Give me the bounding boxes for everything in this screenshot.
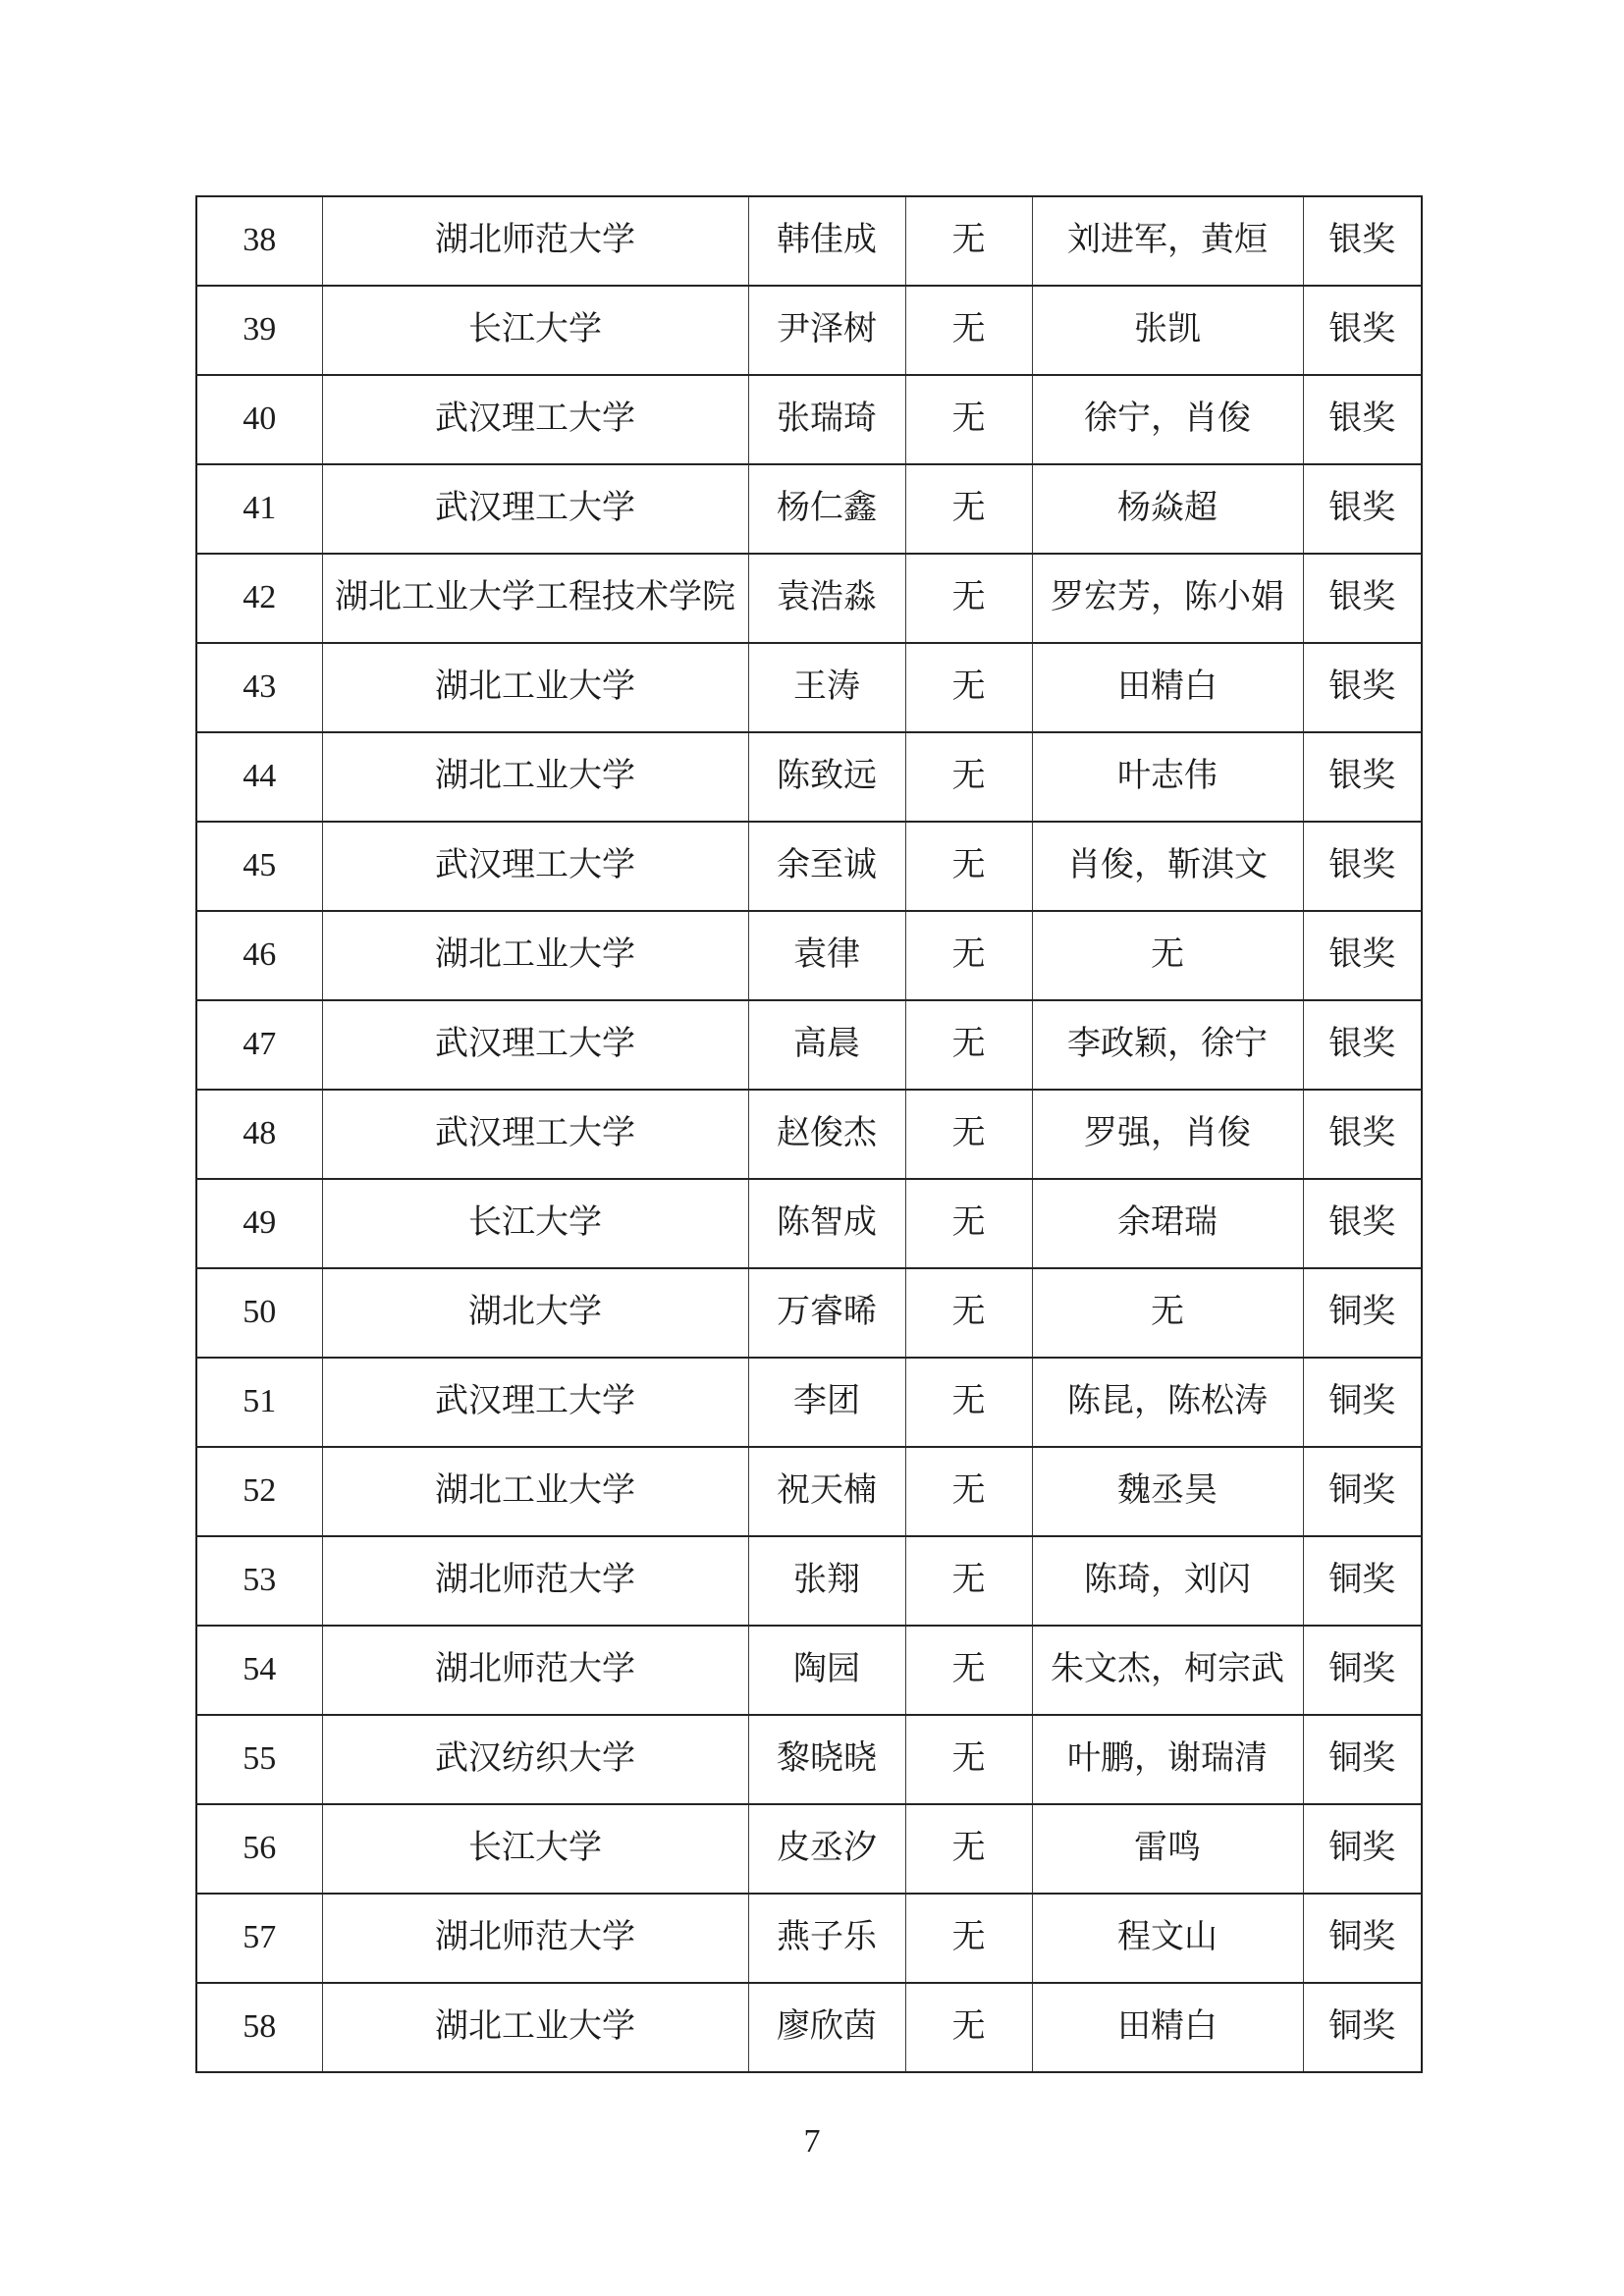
cell-award: 银奖: [1303, 286, 1422, 375]
cell-index: 42: [196, 554, 322, 643]
cell-index: 43: [196, 643, 322, 732]
cell-third-col: 无: [905, 1804, 1032, 1894]
cell-third-col: 无: [905, 1090, 1032, 1179]
cell-university: 湖北工业大学: [322, 643, 748, 732]
cell-advisors: 田精白: [1032, 643, 1303, 732]
cell-third-col: 无: [905, 1268, 1032, 1358]
cell-university: 湖北工业大学: [322, 911, 748, 1000]
cell-advisors: 叶鹏，谢瑞清: [1032, 1715, 1303, 1804]
cell-student: 万睿晞: [748, 1268, 905, 1358]
table-row: 44 湖北工业大学 陈致远 无 叶志伟 银奖: [196, 732, 1422, 822]
cell-award: 银奖: [1303, 375, 1422, 464]
cell-student: 陶园: [748, 1626, 905, 1715]
cell-student: 韩佳成: [748, 196, 905, 286]
cell-index: 56: [196, 1804, 322, 1894]
cell-university: 武汉理工大学: [322, 1358, 748, 1447]
table-row: 54 湖北师范大学 陶园 无 朱文杰，柯宗武 铜奖: [196, 1626, 1422, 1715]
cell-third-col: 无: [905, 554, 1032, 643]
cell-third-col: 无: [905, 1536, 1032, 1626]
cell-award: 铜奖: [1303, 1536, 1422, 1626]
cell-third-col: 无: [905, 1983, 1032, 2072]
cell-university: 武汉理工大学: [322, 1000, 748, 1090]
cell-university: 武汉理工大学: [322, 375, 748, 464]
cell-university: 武汉纺织大学: [322, 1715, 748, 1804]
table-row: 46 湖北工业大学 袁律 无 无 银奖: [196, 911, 1422, 1000]
table-row: 40 武汉理工大学 张瑞琦 无 徐宁，肖俊 银奖: [196, 375, 1422, 464]
cell-university: 湖北大学: [322, 1268, 748, 1358]
cell-index: 47: [196, 1000, 322, 1090]
cell-index: 48: [196, 1090, 322, 1179]
cell-student: 张翔: [748, 1536, 905, 1626]
table-row: 49 长江大学 陈智成 无 余珺瑞 银奖: [196, 1179, 1422, 1268]
cell-student: 余至诚: [748, 822, 905, 911]
cell-index: 38: [196, 196, 322, 286]
cell-award: 银奖: [1303, 643, 1422, 732]
cell-university: 湖北工业大学: [322, 1983, 748, 2072]
cell-index: 39: [196, 286, 322, 375]
cell-third-col: 无: [905, 732, 1032, 822]
cell-third-col: 无: [905, 911, 1032, 1000]
cell-third-col: 无: [905, 1179, 1032, 1268]
cell-advisors: 罗宏芳，陈小娟: [1032, 554, 1303, 643]
cell-university: 湖北工业大学: [322, 732, 748, 822]
cell-award: 银奖: [1303, 1000, 1422, 1090]
cell-third-col: 无: [905, 286, 1032, 375]
cell-advisors: 张凯: [1032, 286, 1303, 375]
cell-index: 46: [196, 911, 322, 1000]
cell-award: 银奖: [1303, 554, 1422, 643]
cell-award: 银奖: [1303, 1179, 1422, 1268]
cell-university: 武汉理工大学: [322, 822, 748, 911]
cell-third-col: 无: [905, 1715, 1032, 1804]
cell-award: 银奖: [1303, 196, 1422, 286]
table-row: 57 湖北师范大学 燕子乐 无 程文山 铜奖: [196, 1894, 1422, 1983]
cell-advisors: 魏丞昊: [1032, 1447, 1303, 1536]
table-row: 38 湖北师范大学 韩佳成 无 刘进军，黄烜 银奖: [196, 196, 1422, 286]
page-number: 7: [0, 2123, 1624, 2161]
cell-advisors: 陈琦，刘闪: [1032, 1536, 1303, 1626]
cell-advisors: 李政颖，徐宁: [1032, 1000, 1303, 1090]
cell-advisors: 程文山: [1032, 1894, 1303, 1983]
cell-advisors: 杨焱超: [1032, 464, 1303, 554]
cell-university: 湖北师范大学: [322, 1536, 748, 1626]
cell-student: 杨仁鑫: [748, 464, 905, 554]
cell-third-col: 无: [905, 1894, 1032, 1983]
cell-award: 银奖: [1303, 464, 1422, 554]
cell-award: 铜奖: [1303, 1715, 1422, 1804]
table-row: 56 长江大学 皮丞汐 无 雷鸣 铜奖: [196, 1804, 1422, 1894]
cell-university: 湖北师范大学: [322, 1894, 748, 1983]
cell-university: 湖北工业大学工程技术学院: [322, 554, 748, 643]
cell-index: 54: [196, 1626, 322, 1715]
cell-student: 燕子乐: [748, 1894, 905, 1983]
cell-index: 41: [196, 464, 322, 554]
cell-award: 铜奖: [1303, 1894, 1422, 1983]
cell-index: 57: [196, 1894, 322, 1983]
cell-advisors: 田精白: [1032, 1983, 1303, 2072]
cell-index: 55: [196, 1715, 322, 1804]
table-row: 41 武汉理工大学 杨仁鑫 无 杨焱超 银奖: [196, 464, 1422, 554]
cell-index: 44: [196, 732, 322, 822]
cell-student: 陈智成: [748, 1179, 905, 1268]
cell-student: 袁浩淼: [748, 554, 905, 643]
cell-index: 53: [196, 1536, 322, 1626]
cell-student: 廖欣茵: [748, 1983, 905, 2072]
table-row: 52 湖北工业大学 祝天楠 无 魏丞昊 铜奖: [196, 1447, 1422, 1536]
table-row: 39 长江大学 尹泽树 无 张凯 银奖: [196, 286, 1422, 375]
cell-advisors: 徐宁，肖俊: [1032, 375, 1303, 464]
document-page: 38 湖北师范大学 韩佳成 无 刘进军，黄烜 银奖 39 长江大学 尹泽树 无 …: [0, 0, 1624, 2296]
cell-index: 50: [196, 1268, 322, 1358]
cell-third-col: 无: [905, 643, 1032, 732]
cell-student: 高晨: [748, 1000, 905, 1090]
cell-third-col: 无: [905, 1447, 1032, 1536]
cell-student: 张瑞琦: [748, 375, 905, 464]
cell-third-col: 无: [905, 375, 1032, 464]
cell-index: 45: [196, 822, 322, 911]
cell-award: 铜奖: [1303, 1268, 1422, 1358]
cell-index: 40: [196, 375, 322, 464]
cell-university: 武汉理工大学: [322, 464, 748, 554]
table-row: 45 武汉理工大学 余至诚 无 肖俊，靳淇文 银奖: [196, 822, 1422, 911]
cell-index: 49: [196, 1179, 322, 1268]
cell-third-col: 无: [905, 196, 1032, 286]
cell-advisors: 叶志伟: [1032, 732, 1303, 822]
cell-award: 银奖: [1303, 732, 1422, 822]
table-row: 51 武汉理工大学 李团 无 陈昆，陈松涛 铜奖: [196, 1358, 1422, 1447]
cell-advisors: 刘进军，黄烜: [1032, 196, 1303, 286]
cell-advisors: 雷鸣: [1032, 1804, 1303, 1894]
cell-advisors: 余珺瑞: [1032, 1179, 1303, 1268]
cell-advisors: 罗强，肖俊: [1032, 1090, 1303, 1179]
cell-award: 铜奖: [1303, 1983, 1422, 2072]
cell-university: 湖北工业大学: [322, 1447, 748, 1536]
cell-university: 武汉理工大学: [322, 1090, 748, 1179]
table-row: 53 湖北师范大学 张翔 无 陈琦，刘闪 铜奖: [196, 1536, 1422, 1626]
table-row: 55 武汉纺织大学 黎晓晓 无 叶鹏，谢瑞清 铜奖: [196, 1715, 1422, 1804]
cell-student: 皮丞汐: [748, 1804, 905, 1894]
awards-table: 38 湖北师范大学 韩佳成 无 刘进军，黄烜 银奖 39 长江大学 尹泽树 无 …: [195, 195, 1423, 2073]
cell-award: 铜奖: [1303, 1626, 1422, 1715]
cell-university: 长江大学: [322, 1179, 748, 1268]
cell-student: 袁律: [748, 911, 905, 1000]
cell-student: 赵俊杰: [748, 1090, 905, 1179]
cell-advisors: 肖俊，靳淇文: [1032, 822, 1303, 911]
cell-award: 银奖: [1303, 822, 1422, 911]
cell-student: 王涛: [748, 643, 905, 732]
cell-award: 铜奖: [1303, 1804, 1422, 1894]
table-row: 42 湖北工业大学工程技术学院 袁浩淼 无 罗宏芳，陈小娟 银奖: [196, 554, 1422, 643]
cell-advisors: 无: [1032, 911, 1303, 1000]
table-row: 47 武汉理工大学 高晨 无 李政颖，徐宁 银奖: [196, 1000, 1422, 1090]
cell-student: 陈致远: [748, 732, 905, 822]
cell-index: 51: [196, 1358, 322, 1447]
cell-third-col: 无: [905, 464, 1032, 554]
cell-student: 尹泽树: [748, 286, 905, 375]
table-row: 43 湖北工业大学 王涛 无 田精白 银奖: [196, 643, 1422, 732]
cell-award: 银奖: [1303, 1090, 1422, 1179]
cell-third-col: 无: [905, 1358, 1032, 1447]
table-row: 58 湖北工业大学 廖欣茵 无 田精白 铜奖: [196, 1983, 1422, 2072]
cell-third-col: 无: [905, 822, 1032, 911]
cell-university: 长江大学: [322, 286, 748, 375]
awards-table-container: 38 湖北师范大学 韩佳成 无 刘进军，黄烜 银奖 39 长江大学 尹泽树 无 …: [195, 195, 1423, 2073]
cell-advisors: 陈昆，陈松涛: [1032, 1358, 1303, 1447]
table-row: 50 湖北大学 万睿晞 无 无 铜奖: [196, 1268, 1422, 1358]
cell-index: 58: [196, 1983, 322, 2072]
cell-student: 黎晓晓: [748, 1715, 905, 1804]
cell-third-col: 无: [905, 1626, 1032, 1715]
cell-award: 铜奖: [1303, 1447, 1422, 1536]
cell-university: 湖北师范大学: [322, 196, 748, 286]
cell-university: 湖北师范大学: [322, 1626, 748, 1715]
table-row: 48 武汉理工大学 赵俊杰 无 罗强，肖俊 银奖: [196, 1090, 1422, 1179]
cell-university: 长江大学: [322, 1804, 748, 1894]
cell-index: 52: [196, 1447, 322, 1536]
cell-advisors: 无: [1032, 1268, 1303, 1358]
cell-award: 铜奖: [1303, 1358, 1422, 1447]
cell-student: 李团: [748, 1358, 905, 1447]
cell-third-col: 无: [905, 1000, 1032, 1090]
cell-advisors: 朱文杰，柯宗武: [1032, 1626, 1303, 1715]
cell-student: 祝天楠: [748, 1447, 905, 1536]
cell-award: 银奖: [1303, 911, 1422, 1000]
